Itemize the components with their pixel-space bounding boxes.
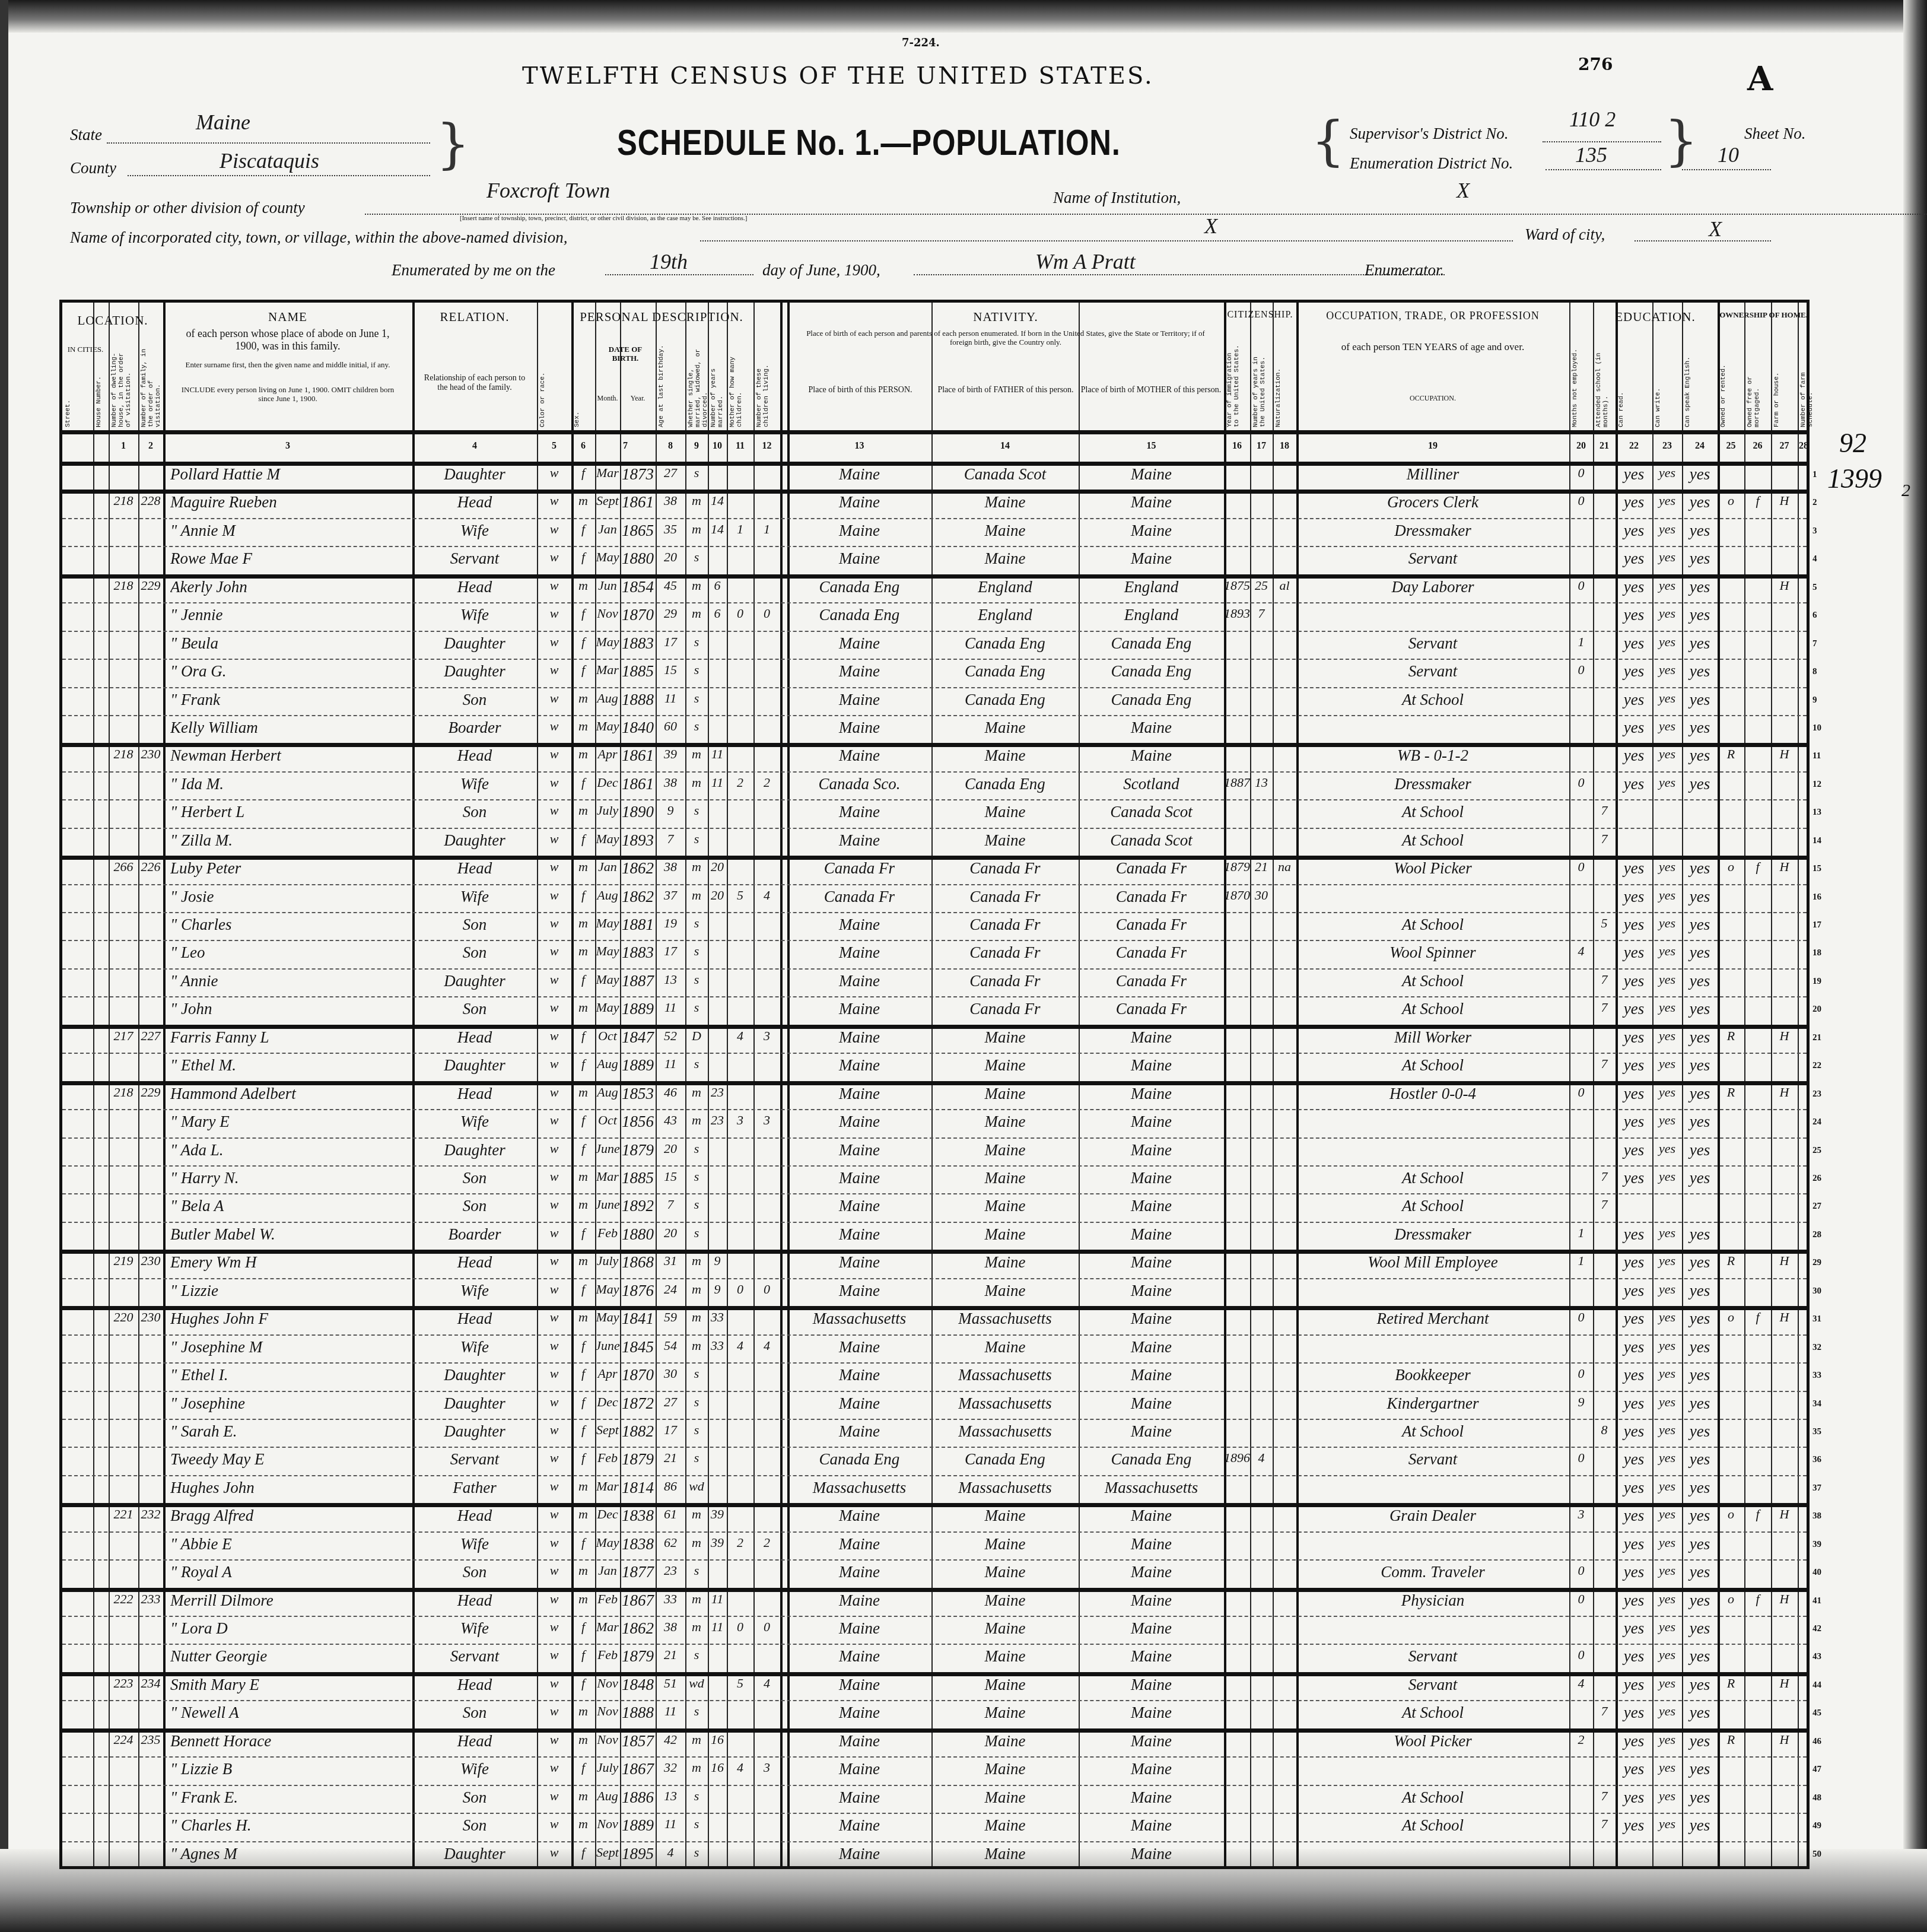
row-divider <box>62 518 1807 519</box>
row-divider <box>62 1475 1807 1476</box>
cell-color: w <box>537 1563 571 1587</box>
cell-name: " Harry N. <box>170 1169 412 1193</box>
cell-birth-month: Apr <box>595 746 620 771</box>
cell-can-write: yes <box>1652 691 1682 715</box>
cell-occupation: At School <box>1296 1704 1569 1728</box>
relation-description: Relationship of each person to the head … <box>418 374 531 393</box>
cell-birthplace-father: Maine <box>931 1647 1079 1672</box>
cell-name: Luby Peter <box>170 859 412 884</box>
cell-years-married: 11 <box>708 775 727 799</box>
cell-marital: s <box>685 549 708 574</box>
cell-sex: m <box>571 493 595 517</box>
cell-birthplace-person: Maine <box>787 1394 931 1419</box>
cell-marital: s <box>685 1197 708 1221</box>
cell-color: w <box>537 1619 571 1644</box>
cell-can-speak-english: yes <box>1682 465 1718 490</box>
cell-color: w <box>537 662 571 687</box>
cell-birth-month: June <box>595 1338 620 1362</box>
cell-color: w <box>537 1816 571 1841</box>
cell-occupation: Dressmaker <box>1296 522 1569 546</box>
cell-name: " Ethel M. <box>170 1056 412 1081</box>
group-citizenship: CITIZENSHIP. <box>1224 310 1296 320</box>
cell-age: 17 <box>656 943 685 968</box>
cell-birthplace-person: Maine <box>787 972 931 996</box>
cell-family: 233 <box>138 1591 163 1616</box>
cell-birthplace-father: Canada Fr <box>931 1000 1079 1024</box>
cell-name: Pollard Hattie M <box>170 465 412 490</box>
cell-family: 230 <box>138 1310 163 1334</box>
cell-can-write: yes <box>1652 1619 1682 1644</box>
cell-age: 11 <box>656 1704 685 1728</box>
row-number: 27 <box>1812 1202 1821 1212</box>
cell-birthplace-person: Massachusetts <box>787 1479 931 1503</box>
cell-owned-rented: o <box>1718 1591 1744 1616</box>
row-number: 5 <box>1812 583 1817 593</box>
vertical-header-owned-rented: Owned or rented. <box>1720 344 1743 427</box>
row-number: 49 <box>1812 1821 1821 1831</box>
vertical-header-naturalization: Naturalization. <box>1275 344 1295 427</box>
cell-farm-house: H <box>1771 1310 1798 1334</box>
name-description: of each person whose place of abode on J… <box>175 328 400 352</box>
cell-occupation: At School <box>1296 1788 1569 1813</box>
cell-relation: Daughter <box>412 1394 537 1419</box>
cell-can-speak-english: yes <box>1682 1028 1718 1053</box>
cell-name: Rowe Mae F <box>170 549 412 574</box>
cell-birth-year: 1888 <box>620 1704 656 1728</box>
row-number: 7 <box>1812 639 1817 649</box>
cell-occupation: Dressmaker <box>1296 1225 1569 1250</box>
cell-color: w <box>537 719 571 743</box>
cell-relation: Daughter <box>412 662 537 687</box>
cell-birthplace-father: Maine <box>931 1282 1079 1306</box>
row-number: 42 <box>1812 1624 1821 1634</box>
cell-can-speak-english: yes <box>1682 943 1718 968</box>
cell-relation: Wife <box>412 888 537 912</box>
enumerator-label: Enumerator. <box>1365 261 1444 279</box>
cell-attended-school: 5 <box>1593 916 1616 940</box>
cell-can-read: yes <box>1616 1366 1652 1390</box>
cell-birthplace-father: Maine <box>931 1085 1079 1109</box>
cell-color: w <box>537 691 571 715</box>
cell-years-married: 16 <box>708 1732 727 1756</box>
cell-sex: f <box>571 606 595 630</box>
cell-name: " Annie <box>170 972 412 996</box>
cell-occupation: Servant <box>1296 549 1569 574</box>
cell-can-speak-english: yes <box>1682 859 1718 884</box>
cell-age: 46 <box>656 1085 685 1109</box>
birthplace-mother-header: Place of birth of MOTHER of this person. <box>1080 386 1222 395</box>
cell-can-read: yes <box>1616 1479 1652 1503</box>
cell-can-write: yes <box>1652 1422 1682 1447</box>
cell-birthplace-father: Maine <box>931 1816 1079 1841</box>
cell-birthplace-person: Maine <box>787 746 931 771</box>
cell-age: 11 <box>656 1000 685 1024</box>
cell-birthplace-mother: Maine <box>1079 1366 1224 1390</box>
row-divider <box>62 1278 1807 1279</box>
cell-months-unemployed: 0 <box>1569 578 1593 602</box>
cell-can-read: yes <box>1616 775 1652 799</box>
row-divider <box>62 1447 1807 1448</box>
cell-birthplace-person: Maine <box>787 1676 931 1700</box>
cell-marital: s <box>685 1000 708 1024</box>
cell-age: 13 <box>656 972 685 996</box>
row-divider <box>62 799 1807 800</box>
cell-children-living: 4 <box>753 1338 780 1362</box>
cell-birthplace-person: Maine <box>787 1282 931 1306</box>
cell-marital: s <box>685 691 708 715</box>
cell-birthplace-father: Canada Fr <box>931 916 1079 940</box>
cell-birthplace-mother: Maine <box>1079 1169 1224 1193</box>
cell-months-unemployed: 0 <box>1569 1450 1593 1475</box>
cell-can-write: yes <box>1652 1647 1682 1672</box>
occupation-description: of each person TEN YEARS of age and over… <box>1302 341 1563 353</box>
cell-marital: m <box>685 1338 708 1362</box>
cell-birthplace-mother: England <box>1079 606 1224 630</box>
cell-age: 15 <box>656 1169 685 1193</box>
cell-birth-year: 1862 <box>620 859 656 884</box>
cell-marital: s <box>685 972 708 996</box>
cell-birth-year: 1867 <box>620 1760 656 1784</box>
row-number: 15 <box>1812 864 1821 874</box>
state-value: Maine <box>196 110 250 135</box>
cell-marital: s <box>685 1704 708 1728</box>
cell-sex: m <box>571 1085 595 1109</box>
cell-age: 33 <box>656 1591 685 1616</box>
cell-birth-month: July <box>595 803 620 827</box>
cell-occupation: At School <box>1296 691 1569 715</box>
township-label: Township or other division of county <box>70 199 305 217</box>
cell-marital: wd <box>685 1676 708 1700</box>
cell-marital: s <box>685 662 708 687</box>
cell-can-read: yes <box>1616 1085 1652 1109</box>
cell-relation: Head <box>412 1507 537 1531</box>
cell-months-unemployed: 0 <box>1569 1647 1593 1672</box>
cell-age: 24 <box>656 1282 685 1306</box>
cell-can-write: yes <box>1652 1366 1682 1390</box>
column-number-5: 5 <box>537 441 571 452</box>
cell-sex: m <box>571 1816 595 1841</box>
cell-mother-of: 0 <box>727 1282 753 1306</box>
cell-birthplace-mother: Maine <box>1079 522 1224 546</box>
row-number: 8 <box>1812 667 1817 677</box>
cell-birth-year: 1867 <box>620 1591 656 1616</box>
sheet-line <box>1682 169 1771 170</box>
cell-name: " Lora D <box>170 1619 412 1644</box>
cell-name: " Royal A <box>170 1563 412 1587</box>
cell-months-unemployed: 1 <box>1569 1225 1593 1250</box>
cell-can-speak-english: yes <box>1682 1000 1718 1024</box>
cell-birthplace-mother: Canada Fr <box>1079 859 1224 884</box>
cell-age: 54 <box>656 1338 685 1362</box>
row-number: 14 <box>1812 836 1821 846</box>
cell-birth-month: Nov <box>595 1704 620 1728</box>
cell-can-write: yes <box>1652 1591 1682 1616</box>
name-instruction-2: INCLUDE every person living on June 1, 1… <box>175 386 400 403</box>
cell-marital: wd <box>685 1479 708 1503</box>
cell-age: 7 <box>656 1197 685 1221</box>
cell-can-speak-english: yes <box>1682 1422 1718 1447</box>
cell-occupation: Wool Picker <box>1296 859 1569 884</box>
column-number-6: 6 <box>571 441 595 452</box>
cell-color: w <box>537 1845 571 1869</box>
row-divider <box>62 546 1807 547</box>
cell-sex: m <box>571 719 595 743</box>
cell-name: " Herbert L <box>170 803 412 827</box>
cell-years-married: 14 <box>708 493 727 517</box>
cell-children-living: 1 <box>753 522 780 546</box>
cell-can-speak-english: yes <box>1682 1113 1718 1137</box>
row-number: 23 <box>1812 1089 1821 1100</box>
cell-color: w <box>537 1591 571 1616</box>
cell-relation: Servant <box>412 1647 537 1672</box>
cell-can-read: yes <box>1616 1028 1652 1053</box>
cell-dwelling: 220 <box>109 1310 138 1334</box>
vertical-header-immig-year: Year of immigration to the United States… <box>1226 344 1249 427</box>
cell-free-mortgaged: f <box>1744 859 1771 884</box>
cell-birthplace-father: Maine <box>931 1591 1079 1616</box>
row-number: 40 <box>1812 1568 1821 1578</box>
cell-color: w <box>537 634 571 659</box>
cell-birthplace-mother: Maine <box>1079 1507 1224 1531</box>
cell-sex: f <box>571 549 595 574</box>
cell-name: " Bela A <box>170 1197 412 1221</box>
cell-birthplace-father: Maine <box>931 493 1079 517</box>
cell-attended-school: 7 <box>1593 972 1616 996</box>
row-number: 34 <box>1812 1399 1821 1409</box>
cell-age: 19 <box>656 916 685 940</box>
cell-can-read: yes <box>1616 888 1652 912</box>
cell-birth-year: 1857 <box>620 1732 656 1756</box>
row-number: 25 <box>1812 1146 1821 1156</box>
column-number-25: 25 <box>1718 441 1744 452</box>
cell-can-write: yes <box>1652 888 1682 912</box>
cell-can-write: yes <box>1652 859 1682 884</box>
cell-birth-year: 1885 <box>620 1169 656 1193</box>
cell-can-read: yes <box>1616 1141 1652 1165</box>
row-divider <box>62 912 1807 913</box>
cell-sex: m <box>571 1507 595 1531</box>
row-divider <box>62 940 1807 941</box>
cell-birthplace-person: Maine <box>787 1366 931 1390</box>
cell-birthplace-person: Canada Sco. <box>787 775 931 799</box>
cell-name: " Beula <box>170 634 412 659</box>
column-number-22: 22 <box>1616 441 1652 452</box>
cell-name: Merrill Dilmore <box>170 1591 412 1616</box>
cell-name: Nutter Georgie <box>170 1647 412 1672</box>
cell-can-write: yes <box>1652 943 1682 968</box>
cell-birthplace-mother: England <box>1079 578 1224 602</box>
cell-family: 232 <box>138 1507 163 1531</box>
cell-mother-of: 0 <box>727 1619 753 1644</box>
cell-farm-house: H <box>1771 1253 1798 1278</box>
cell-marital: m <box>685 522 708 546</box>
cell-farm-house: H <box>1771 1732 1798 1756</box>
cell-birthplace-person: Maine <box>787 1056 931 1081</box>
cell-color: w <box>537 1760 571 1784</box>
cell-birthplace-person: Canada Eng <box>787 606 931 630</box>
cell-can-read: yes <box>1616 634 1652 659</box>
cell-age: 11 <box>656 1816 685 1841</box>
cell-sex: f <box>571 1394 595 1419</box>
scan-border-right <box>1903 0 1927 1932</box>
cell-birth-month: Jun <box>595 578 620 602</box>
census-title: TWELFTH CENSUS OF THE UNITED STATES. <box>522 62 1154 90</box>
cell-can-read: yes <box>1616 1647 1652 1672</box>
cell-family: 226 <box>138 859 163 884</box>
cell-years-married: 14 <box>708 522 727 546</box>
institution-value: X <box>1457 178 1470 203</box>
cell-birth-year: 1861 <box>620 775 656 799</box>
sheet-label: Sheet No. <box>1744 125 1805 143</box>
cell-years-married: 16 <box>708 1760 727 1784</box>
cell-birth-year: 1861 <box>620 746 656 771</box>
cell-birth-month: June <box>595 1197 620 1221</box>
vertical-header-free-mortgaged: Owned free or mortgaged. <box>1747 344 1770 427</box>
cell-name: Hughes John F <box>170 1310 412 1334</box>
cell-birth-year: 1883 <box>620 943 656 968</box>
group-date-of-birth: DATE OF BIRTH. <box>595 345 656 363</box>
cell-birthplace-person: Maine <box>787 522 931 546</box>
cell-birthplace-mother: Maine <box>1079 719 1224 743</box>
cell-birth-month: May <box>595 1282 620 1306</box>
cell-sex: f <box>571 1225 595 1250</box>
row-number: 47 <box>1812 1765 1821 1775</box>
cell-marital: m <box>685 1113 708 1137</box>
cell-name: " Zilla M. <box>170 831 412 856</box>
cell-months-unemployed: 3 <box>1569 1507 1593 1531</box>
cell-color: w <box>537 493 571 517</box>
cell-birth-month: Sept <box>595 493 620 517</box>
cell-immigration-year: 1879 <box>1224 859 1250 884</box>
cell-months-unemployed: 0 <box>1569 775 1593 799</box>
row-divider <box>62 1053 1807 1054</box>
cell-name: Farris Fanny L <box>170 1028 412 1053</box>
vertical-header-dwelling: Number of dwelling-house, in the order o… <box>111 344 137 427</box>
row-number: 48 <box>1812 1793 1821 1803</box>
cell-occupation: At School <box>1296 972 1569 996</box>
cell-can-read: yes <box>1616 1000 1652 1024</box>
cell-can-write: yes <box>1652 719 1682 743</box>
cell-years-married: 23 <box>708 1085 727 1109</box>
ward-value: X <box>1709 217 1722 241</box>
cell-birth-month: Nov <box>595 1676 620 1700</box>
cell-years-married: 11 <box>708 746 727 771</box>
cell-occupation: Day Laborer <box>1296 578 1569 602</box>
cell-owned-rented: o <box>1718 493 1744 517</box>
row-number: 1 <box>1812 470 1817 480</box>
cell-birthplace-mother: Canada Fr <box>1079 1000 1224 1024</box>
cell-can-read: yes <box>1616 465 1652 490</box>
cell-birth-year: 1862 <box>620 1619 656 1644</box>
cell-birthplace-mother: Canada Scot <box>1079 803 1224 827</box>
cell-relation: Head <box>412 578 537 602</box>
cell-family: 227 <box>138 1028 163 1053</box>
column-number-14: 14 <box>931 441 1079 452</box>
cell-birthplace-person: Maine <box>787 1253 931 1278</box>
cell-birthplace-father: Canada Eng <box>931 691 1079 715</box>
cell-birth-year: 1838 <box>620 1507 656 1531</box>
cell-years-married: 20 <box>708 859 727 884</box>
cell-birthplace-person: Maine <box>787 1507 931 1531</box>
cell-can-write: yes <box>1652 775 1682 799</box>
cell-sex: f <box>571 1422 595 1447</box>
cell-relation: Head <box>412 859 537 884</box>
cell-age: 7 <box>656 831 685 856</box>
cell-family: 229 <box>138 578 163 602</box>
cell-can-write: yes <box>1652 1479 1682 1503</box>
row-divider <box>62 968 1807 970</box>
cell-age: 43 <box>656 1113 685 1137</box>
cell-birthplace-mother: Canada Scot <box>1079 831 1224 856</box>
cell-name: " Charles H. <box>170 1816 412 1841</box>
supervisor-value: 110 2 <box>1569 107 1616 132</box>
cell-can-read: yes <box>1616 1788 1652 1813</box>
enumerated-day: 19th <box>650 249 688 274</box>
cell-free-mortgaged: f <box>1744 1591 1771 1616</box>
column-number-4: 4 <box>412 441 537 452</box>
cell-age: 27 <box>656 465 685 490</box>
ward-line <box>1635 240 1771 241</box>
cell-sex: m <box>571 1310 595 1334</box>
cell-birthplace-mother: Maine <box>1079 1056 1224 1081</box>
cell-years-married: 11 <box>708 1591 727 1616</box>
vertical-header-mother-of: Mother of how many children. <box>729 344 752 427</box>
group-location: LOCATION. <box>62 313 163 328</box>
cell-birthplace-person: Maine <box>787 1197 931 1221</box>
cell-marital: s <box>685 831 708 856</box>
cell-birth-year: 1882 <box>620 1422 656 1447</box>
page-number: 276 <box>1578 55 1613 74</box>
cell-marital: m <box>685 1619 708 1644</box>
cell-family: 230 <box>138 746 163 771</box>
cell-occupation: At School <box>1296 831 1569 856</box>
row-number: 41 <box>1812 1596 1821 1606</box>
cell-can-read: yes <box>1616 1056 1652 1081</box>
cell-birth-month: Feb <box>595 1225 620 1250</box>
cell-sex: m <box>571 746 595 771</box>
scan-border-top <box>0 0 1927 33</box>
cell-occupation: Bookkeeper <box>1296 1366 1569 1390</box>
cell-years-married: 23 <box>708 1113 727 1137</box>
row-divider <box>62 996 1807 997</box>
column-number-26: 26 <box>1744 441 1771 452</box>
cell-immigration-year: 1893 <box>1224 606 1250 630</box>
cell-can-speak-english: yes <box>1682 1676 1718 1700</box>
cell-can-speak-english: yes <box>1682 719 1718 743</box>
cell-can-speak-english: yes <box>1682 1394 1718 1419</box>
cell-farm-house: H <box>1771 578 1798 602</box>
cell-relation: Head <box>412 1085 537 1109</box>
cell-birthplace-father: Canada Fr <box>931 943 1079 968</box>
column-number-28: 28 <box>1798 441 1810 452</box>
cell-relation: Son <box>412 1788 537 1813</box>
cell-birthplace-person: Maine <box>787 691 931 715</box>
cell-marital: m <box>685 746 708 771</box>
cell-sex: f <box>571 831 595 856</box>
cell-color: w <box>537 1366 571 1390</box>
cell-attended-school: 7 <box>1593 1000 1616 1024</box>
cell-children-living: 2 <box>753 1535 780 1559</box>
cell-years-married: 20 <box>708 888 727 912</box>
cell-relation: Wife <box>412 606 537 630</box>
cell-sex: f <box>571 1141 595 1165</box>
cell-marital: s <box>685 1366 708 1390</box>
vertical-header-sex: Sex. <box>574 344 594 427</box>
cell-birthplace-mother: Maine <box>1079 1085 1224 1109</box>
cell-birth-year: 1886 <box>620 1788 656 1813</box>
cell-sex: f <box>571 1366 595 1390</box>
row-number: 43 <box>1812 1652 1821 1662</box>
